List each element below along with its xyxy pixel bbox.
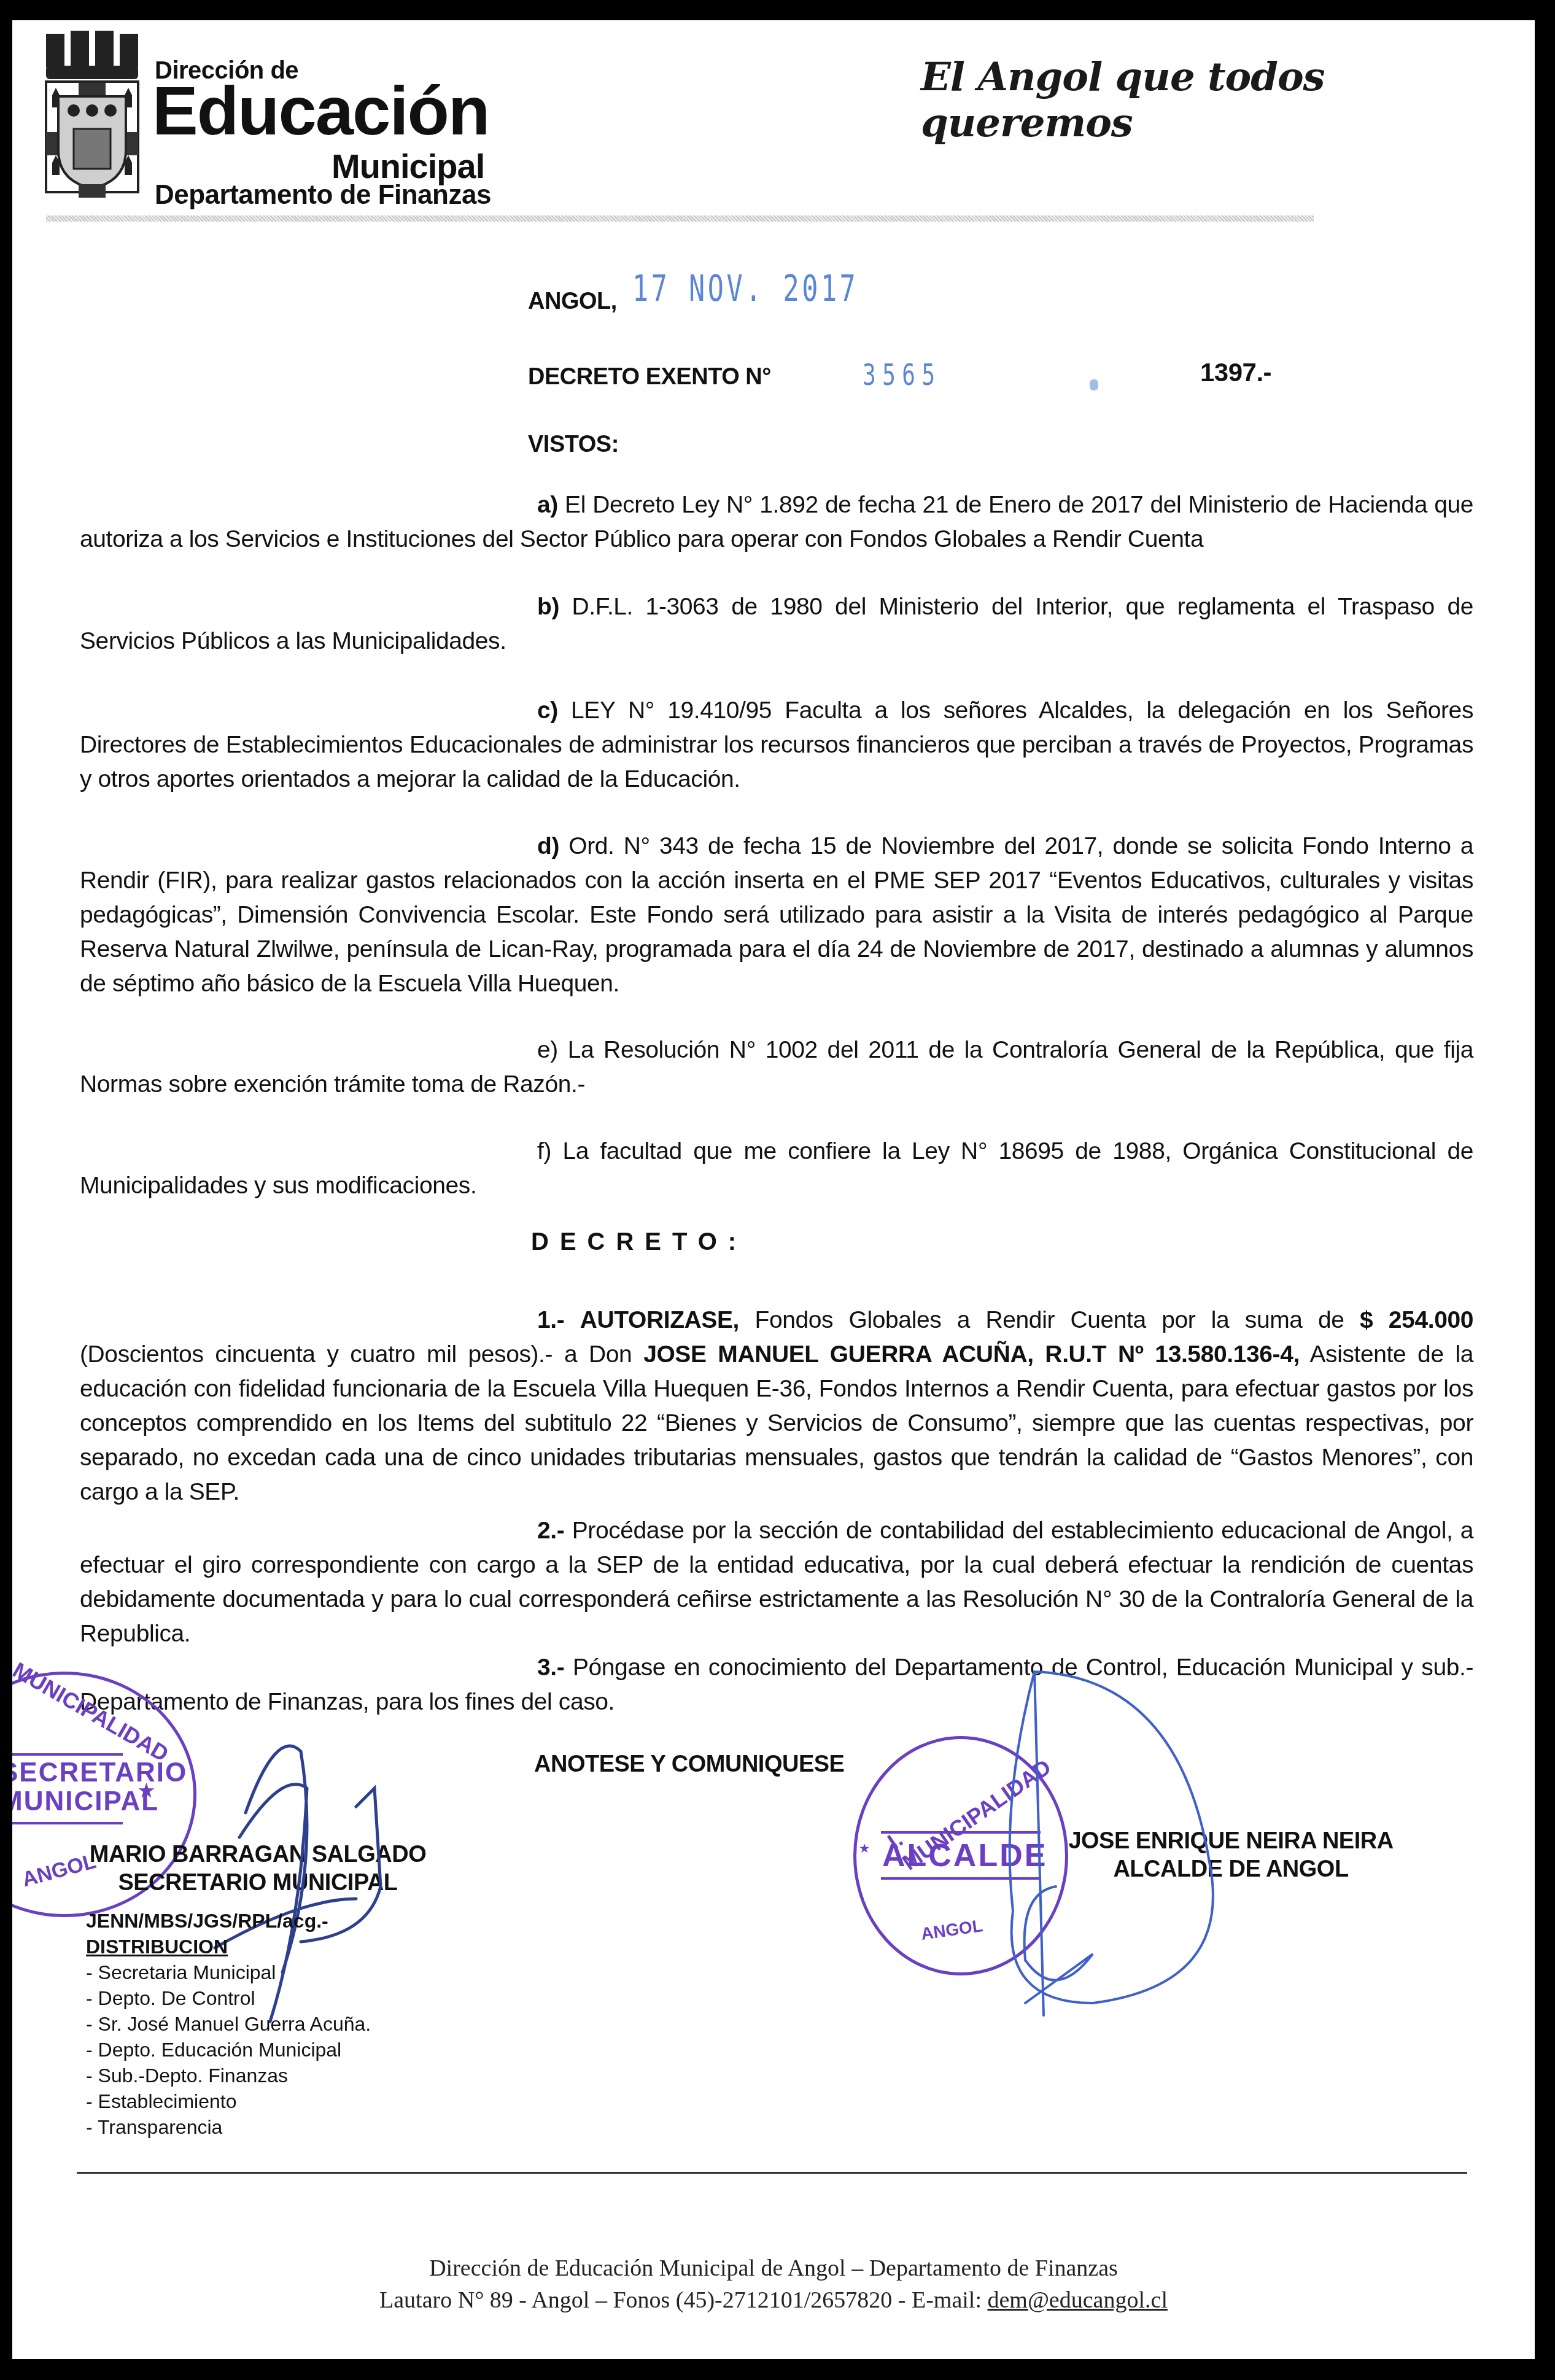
- distribution-item: - Depto. Educación Municipal: [86, 2037, 371, 2063]
- distribution-item: - Transparencia: [86, 2114, 371, 2140]
- initials-reference: JENN/MBS/JGS/RPL/acg.-: [86, 1908, 371, 1934]
- distribution-item: - Sr. José Manuel Guerra Acuña.: [86, 2011, 371, 2037]
- footer-divider: [77, 2172, 1467, 2174]
- distribution-item: - Establecimiento: [86, 2088, 371, 2114]
- document-page: Dirección de Educación Municipal Departa…: [12, 20, 1535, 2359]
- footer-contact: Lautaro N° 89 - Angol – Fonos (45)-27121…: [379, 2287, 987, 2313]
- distribution-block: JENN/MBS/JGS/RPL/acg.- DISTRIBUCION - Se…: [86, 1908, 371, 2140]
- distribution-item: - Depto. De Control: [86, 1985, 371, 2011]
- distribution-title: DISTRIBUCION: [86, 1934, 371, 1959]
- footer-line-1: Dirección de Educación Municipal de Ango…: [12, 2255, 1535, 2282]
- distribution-item: - Secretaria Municipal: [86, 1959, 371, 1985]
- mayor-signature: [1010, 1672, 1213, 2015]
- footer-line-2: Lautaro N° 89 - Angol – Fonos (45)-27121…: [12, 2287, 1535, 2314]
- distribution-item: - Sub.-Depto. Finanzas: [86, 2063, 371, 2088]
- footer-email-link[interactable]: dem@educangol.cl: [987, 2287, 1168, 2313]
